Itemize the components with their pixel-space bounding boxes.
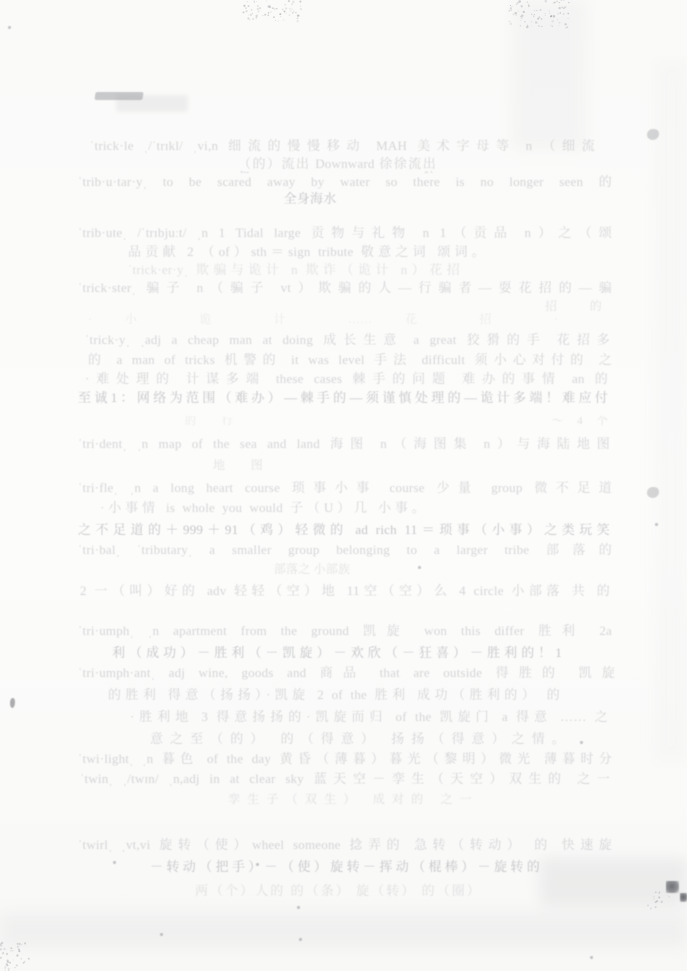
scanner-noise-patches (0, 0, 687, 971)
scanned-document-page: ˈtrick·le ˌ/ˈtrɪkl/ ˌvi,n 细流的慢慢移动 MAH 美术… (0, 0, 687, 971)
